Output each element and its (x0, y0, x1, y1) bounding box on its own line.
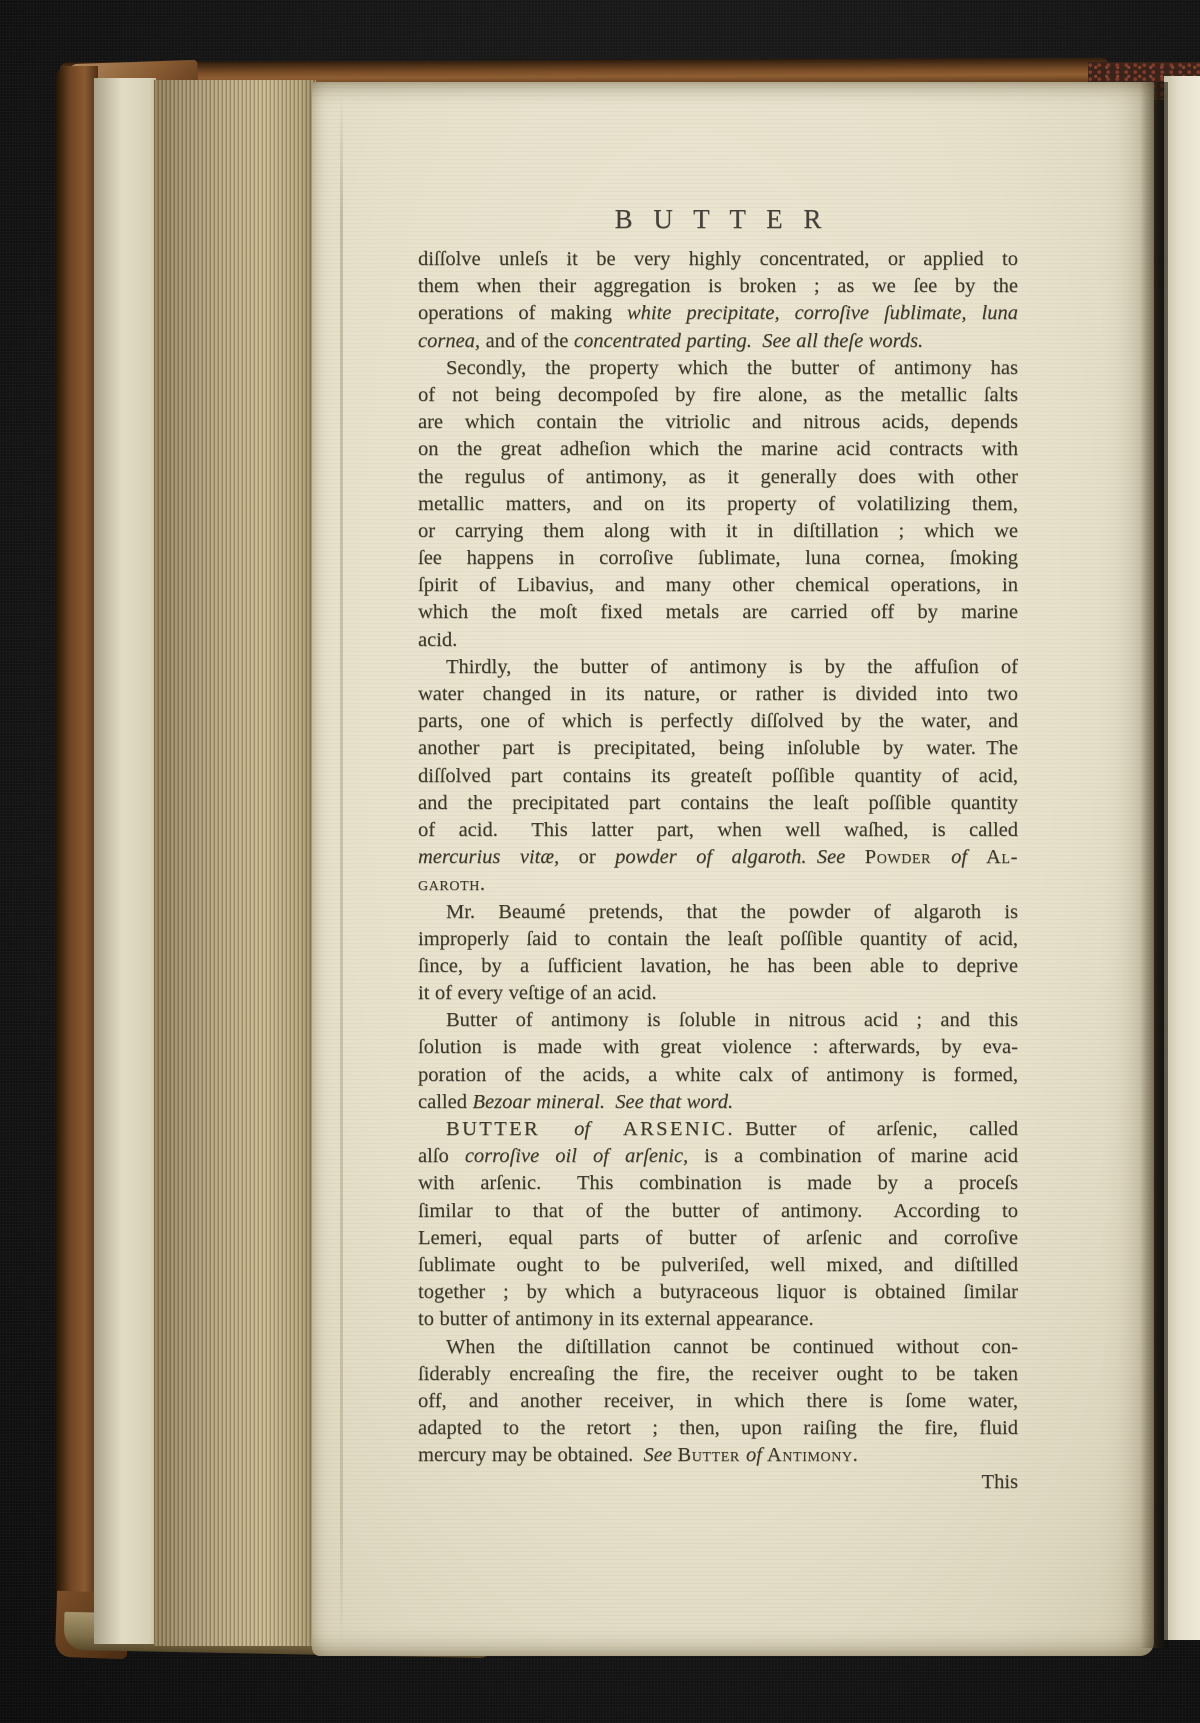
text-segment: the regulus of antimony, as it generally… (418, 466, 1018, 488)
text-segment: white precipitate, corroſive ſublimate, … (627, 302, 1018, 324)
text-line: of not being decompoſed by fire alone, a… (418, 382, 1018, 409)
text-segment: it of every veſtige of an acid. (418, 982, 657, 1004)
text-line: adapted to the retort ; then, upon raiſi… (418, 1415, 1018, 1442)
text-segment: powder of algaroth. (615, 846, 806, 868)
gutter-page-edge (1164, 76, 1200, 1640)
text-segment: ſiderably encreaſing the fire, the recei… (418, 1363, 1018, 1385)
page-text-block: B U T T E R diſſolve unleſs it be very h… (418, 204, 1018, 1497)
text-segment: together ; by which a butyraceous liquor… (418, 1281, 1018, 1303)
text-segment: Mr. Beaumé pretends, that the powder of … (446, 901, 1018, 923)
text-segment: and the precipitated part contains the l… (418, 792, 1018, 814)
text-line: garoth. (418, 871, 1018, 898)
text-segment: on the great adheſion which the marine a… (418, 438, 1018, 460)
text-line: ſince, by a ſufficient lavation, he has … (418, 953, 1018, 980)
text-segment: to butter of antimony in its external ap… (418, 1308, 814, 1330)
text-segment: ſublimate ought to be pulveriſed, well m… (418, 1254, 1018, 1276)
text-segment: corroſive oil of arſenic, (465, 1145, 688, 1167)
text-segment (605, 1091, 615, 1113)
text-segment: which the moſt fixed metals are carried … (418, 601, 1018, 623)
text-line: Thirdly, the butter of antimony is by th… (418, 654, 1018, 681)
text-segment: diſſolved part contains its greateſt poſ… (418, 765, 1018, 787)
text-line: ſimilar to that of the butter of antimon… (418, 1198, 1018, 1225)
text-line: the regulus of antimony, as it generally… (418, 464, 1018, 491)
text-segment: ſee happens in corroſive ſublimate, luna… (418, 547, 1018, 569)
text-line: Mr. Beaumé pretends, that the powder of … (418, 899, 1018, 926)
catchword: This (418, 1469, 1018, 1496)
text-line: improperly ſaid to contain the leaſt poſ… (418, 926, 1018, 953)
text-segment: them when their aggregation is broken ; … (418, 275, 1018, 297)
text-segment: Bezoar mineral. (472, 1091, 605, 1113)
text-segment: Antimony. (762, 1444, 858, 1466)
text-line: another part is precipitated, being inſo… (418, 735, 1018, 762)
text-segment: poration of the acids, a white calx of a… (418, 1064, 1018, 1086)
text-segment: concentrated parting. (574, 330, 752, 352)
book-cover-edge-left (56, 66, 98, 1654)
text-line: together ; by which a butyraceous liquor… (418, 1279, 1018, 1306)
text-segment: Thirdly, the butter of antimony is by th… (446, 656, 1018, 678)
text-line: them when their aggregation is broken ; … (418, 273, 1018, 300)
text-segment: of acid. This latter part, when well waſ… (418, 819, 1018, 841)
text-segment: Butter of antimony is ſoluble in nitrous… (446, 1009, 1018, 1031)
flyleaf-page-edge (94, 78, 156, 1644)
text-line: diſſolved part contains its greateſt poſ… (418, 763, 1018, 790)
text-line: ſiderably encreaſing the fire, the recei… (418, 1361, 1018, 1388)
text-segment: or carrying them along with it in diſtil… (418, 520, 1018, 542)
text-line: it of every veſtige of an acid. (418, 980, 1018, 1007)
text-segment: and of the (480, 330, 574, 352)
text-line: and the precipitated part contains the l… (418, 790, 1018, 817)
text-line: water changed in its nature, or rather i… (418, 681, 1018, 708)
text-segment: alſo (418, 1145, 465, 1167)
text-segment: Butter of arſenic, called (735, 1118, 1018, 1140)
text-line: cornea, and of the concentrated parting.… (418, 328, 1018, 355)
text-segment (752, 330, 762, 352)
text-segment: Lemeri, equal parts of butter of arſenic… (418, 1227, 1018, 1249)
text-segment: water changed in its nature, or rather i… (418, 683, 1018, 705)
text-line: acid. (418, 627, 1018, 654)
text-segment: diſſolve unleſs it be very highly concen… (418, 248, 1018, 270)
text-line: Lemeri, equal parts of butter of arſenic… (418, 1225, 1018, 1252)
text-segment: or (559, 846, 615, 868)
text-line: diſſolve unleſs it be very highly concen… (418, 246, 1018, 273)
text-segment: When the diſtillation cannot be continue… (446, 1336, 1018, 1358)
text-line: to butter of antimony in its external ap… (418, 1306, 1018, 1333)
text-line: alſo corroſive oil of arſenic, is a comb… (418, 1143, 1018, 1170)
text-line: Butter of antimony is ſoluble in nitrous… (418, 1007, 1018, 1034)
text-line: mercury may be obtained. See Butter of A… (418, 1442, 1018, 1469)
text-line: of acid. This latter part, when well waſ… (418, 817, 1018, 844)
text-segment: See (643, 1444, 677, 1466)
text-segment: is a combination of marine acid (688, 1145, 1018, 1167)
text-line: operations of making white precipitate, … (418, 300, 1018, 327)
text-segment: ſimilar to that of the butter of antimon… (418, 1200, 1018, 1222)
fore-edge-page-stack (154, 80, 316, 1646)
text-line: ſublimate ought to be pulveriſed, well m… (418, 1252, 1018, 1279)
text-line: ſee happens in corroſive ſublimate, luna… (418, 545, 1018, 572)
text-line: When the diſtillation cannot be continue… (418, 1334, 1018, 1361)
text-segment: See that word. (615, 1091, 733, 1113)
text-segment: called (418, 1091, 472, 1113)
text-segment: of (746, 1444, 762, 1466)
text-line: parts, one of which is perfectly diſſolv… (418, 708, 1018, 735)
text-line: mercurius vitæ, or powder of algaroth. S… (418, 844, 1018, 871)
text-segment: operations of making (418, 302, 627, 324)
text-line: which the moſt fixed metals are carried … (418, 599, 1018, 626)
text-line: Secondly, the property which the butter … (418, 355, 1018, 382)
gutter-shadow (1140, 82, 1168, 1648)
text-line: with arſenic. This combination is made b… (418, 1170, 1018, 1197)
text-segment: Secondly, the property which the butter … (446, 357, 1018, 379)
text-line: poration of the acids, a white calx of a… (418, 1062, 1018, 1089)
book-photograph: B U T T E R diſſolve unleſs it be very h… (0, 0, 1200, 1723)
text-line: or carrying them along with it in diſtil… (418, 518, 1018, 545)
text-segment: are which contain the vitriolic and nitr… (418, 411, 1018, 433)
text-segment: of not being decompoſed by fire alone, a… (418, 384, 1018, 406)
text-segment: adapted to the retort ; then, upon raiſi… (418, 1417, 1018, 1439)
text-segment: ſpirit of Libavius, and many other chemi… (418, 574, 1018, 596)
text-line: are which contain the vitriolic and nitr… (418, 409, 1018, 436)
text-segment: garoth. (418, 873, 486, 895)
text-line: BUTTER of ARSENIC. Butter of arſenic, ca… (418, 1116, 1018, 1143)
text-segment: BUTTER (446, 1118, 574, 1140)
text-line: off, and another receiver, in which ther… (418, 1388, 1018, 1415)
text-segment: mercurius vitæ, (418, 846, 559, 868)
text-line: metallic matters, and on its property of… (418, 491, 1018, 518)
text-segment: Butter (677, 1444, 746, 1466)
text-segment: with arſenic. This combination is made b… (418, 1172, 1018, 1194)
text-segment: ARSENIC. (590, 1118, 735, 1140)
text-segment (807, 846, 817, 868)
text-line: ſolution is made with great violence : a… (418, 1034, 1018, 1061)
text-segment: another part is precipitated, being inſo… (418, 737, 1018, 759)
text-line: on the great adheſion which the marine a… (418, 436, 1018, 463)
text-segment: Al- (967, 846, 1018, 868)
text-segment: ſolution is made with great violence : a… (418, 1036, 1018, 1058)
page-crease (340, 92, 343, 1646)
text-segment: off, and another receiver, in which ther… (418, 1390, 1018, 1412)
text-segment: metallic matters, and on its property of… (418, 493, 1018, 515)
text-line: called Bezoar mineral. See that word. (418, 1089, 1018, 1116)
text-segment: See (817, 846, 865, 868)
text-segment: acid. (418, 629, 457, 651)
text-segment: parts, one of which is perfectly diſſolv… (418, 710, 1018, 732)
text-line: ſpirit of Libavius, and many other chemi… (418, 572, 1018, 599)
text-segment: improperly ſaid to contain the leaſt poſ… (418, 928, 1018, 950)
text-segment: ſince, by a ſufficient lavation, he has … (418, 955, 1018, 977)
text-segment: cornea, (418, 330, 480, 352)
text-segment: of (951, 846, 967, 868)
text-segment: mercury may be obtained. (418, 1444, 643, 1466)
text-segment: Powder (865, 846, 951, 868)
running-head: B U T T E R (418, 204, 1018, 234)
text-segment: See all theſe words. (762, 330, 923, 352)
body-text: diſſolve unleſs it be very highly concen… (418, 246, 1018, 1469)
text-segment: of (574, 1118, 590, 1140)
